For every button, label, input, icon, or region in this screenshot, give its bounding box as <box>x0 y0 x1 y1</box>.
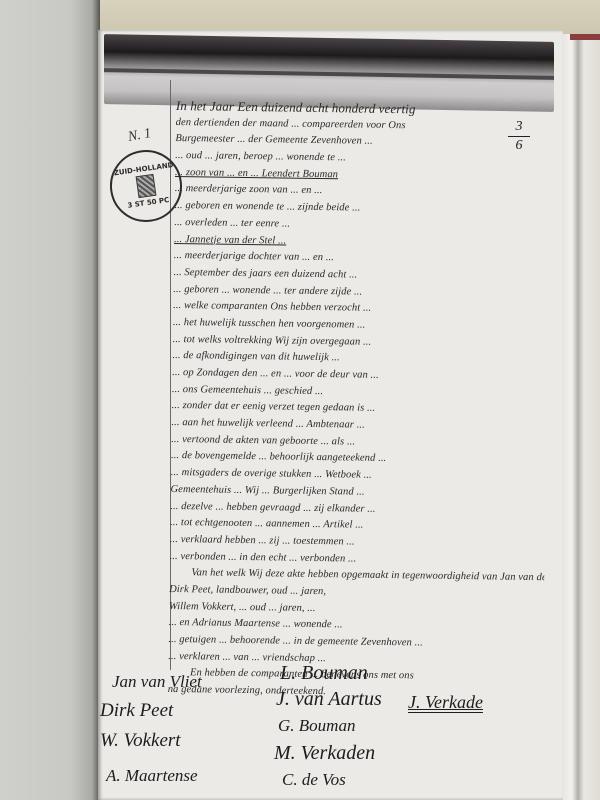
signature-parent-1: G. Bouman <box>278 716 355 736</box>
record-body: In het Jaar Een duizend acht honderd vee… <box>168 98 551 704</box>
signature-witness-2: Dirk Peet <box>100 700 173 722</box>
signature-groom: L. Bouman <box>280 662 368 685</box>
signature-parent-2: M. Verkaden <box>274 742 375 765</box>
register-page: N. 1 ZUID-HOLLAND 3 ST 50 PC 3 6 In het … <box>98 30 563 800</box>
coat-of-arms-icon <box>136 174 157 198</box>
stamp-bottom-text: 3 ST 50 PC <box>127 196 170 210</box>
signature-block: Jan van Vliet Dirk Peet W. Vokkert A. Ma… <box>98 662 563 800</box>
signature-bride: J. van Aartus <box>276 688 382 711</box>
book-page-edges <box>560 34 600 800</box>
signature-witness-3: W. Vokkert <box>100 730 181 752</box>
signature-parent-3: C. de Vos <box>282 770 346 790</box>
facing-blank-page <box>0 0 100 800</box>
signature-witness-4: A. Maartense <box>106 766 198 786</box>
signature-witness-1: Jan van Vliet <box>112 672 202 692</box>
margin-record-number: N. 1 <box>127 126 153 146</box>
signature-registrar: J. Verkade <box>408 692 483 713</box>
